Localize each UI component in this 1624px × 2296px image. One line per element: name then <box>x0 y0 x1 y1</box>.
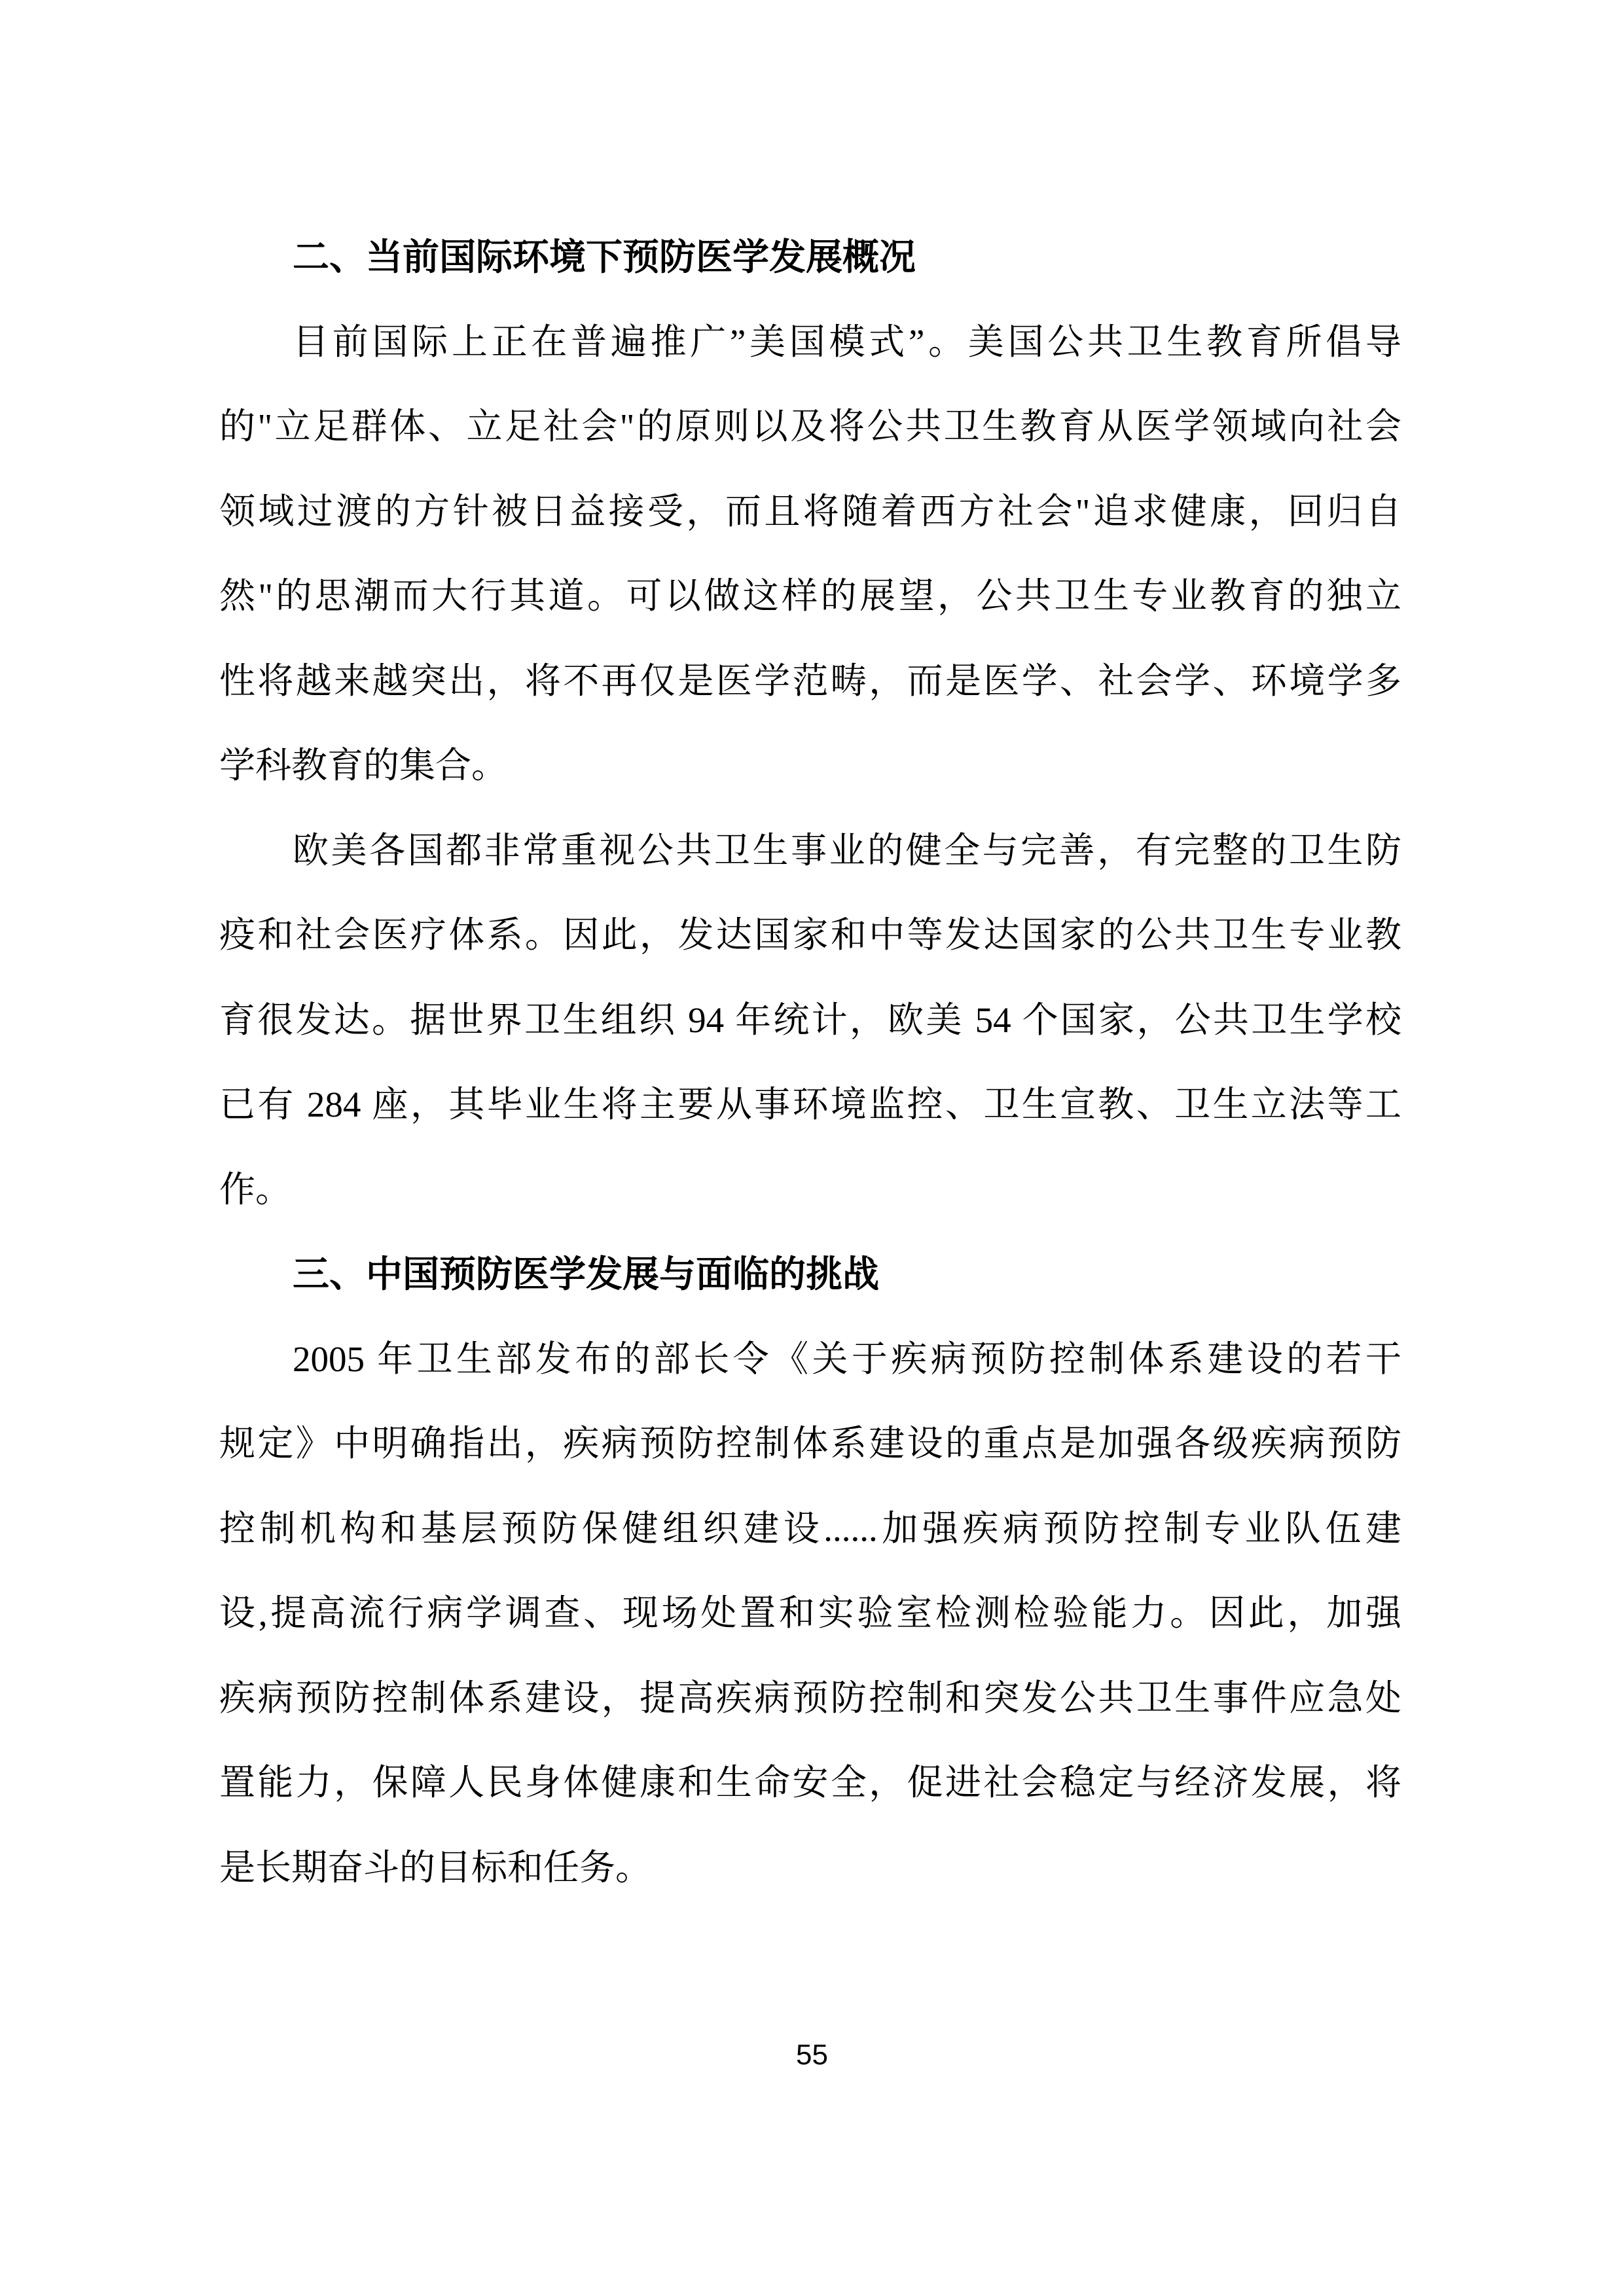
text-line: 作。 <box>219 1147 1401 1232</box>
paragraph: 2005 年卫生部发布的部长令《关于疾病预防控制体系建设的若干规定》中明确指出，… <box>219 1317 1401 1910</box>
text-line: 学科教育的集合。 <box>219 723 1401 808</box>
text-line: 欧美各国都非常重视公共卫生事业的健全与完善，有完整的卫生防 <box>219 808 1401 893</box>
text-line: 置能力，保障人民身体健康和生命安全，促进社会稳定与经济发展，将 <box>219 1740 1401 1825</box>
text-line: 2005 年卫生部发布的部长令《关于疾病预防控制体系建设的若干 <box>219 1317 1401 1402</box>
text-line: 领域过渡的方针被日益接受，而且将随着西方社会"追求健康，回归自 <box>219 469 1401 554</box>
text-line: 然"的思潮而大行其道。可以做这样的展望，公共卫生专业教育的独立 <box>219 554 1401 639</box>
document-page: 二、当前国际环境下预防医学发展概况目前国际上正在普遍推广”美国模式”。美国公共卫… <box>0 0 1624 2296</box>
text-line: 设,提高流行病学调查、现场处置和实验室检测检验能力。因此，加强 <box>219 1571 1401 1656</box>
text-line: 是长期奋斗的目标和任务。 <box>219 1825 1401 1910</box>
text-line: 疫和社会医疗体系。因此，发达国家和中等发达国家的公共卫生专业教 <box>219 893 1401 978</box>
text-line: 疾病预防控制体系建设，提高疾病预防控制和突发公共卫生事件应急处 <box>219 1656 1401 1741</box>
text-line: 控制机构和基层预防保健组织建设......加强疾病预防控制专业队伍建 <box>219 1486 1401 1571</box>
page-number: 55 <box>0 2041 1624 2070</box>
document-body: 二、当前国际环境下预防医学发展概况目前国际上正在普遍推广”美国模式”。美国公共卫… <box>219 215 1401 1910</box>
section-heading: 三、中国预防医学发展与面临的挑战 <box>219 1232 1401 1317</box>
text-line: 规定》中明确指出，疾病预防控制体系建设的重点是加强各级疾病预防 <box>219 1401 1401 1486</box>
text-line: 的"立足群体、立足社会"的原则以及将公共卫生教育从医学领域向社会 <box>219 384 1401 469</box>
text-line: 性将越来越突出，将不再仅是医学范畴，而是医学、社会学、环境学多 <box>219 639 1401 724</box>
text-line: 目前国际上正在普遍推广”美国模式”。美国公共卫生教育所倡导 <box>219 300 1401 385</box>
section-heading: 二、当前国际环境下预防医学发展概况 <box>219 215 1401 300</box>
text-line: 已有 284 座，其毕业生将主要从事环境监控、卫生宣教、卫生立法等工 <box>219 1062 1401 1147</box>
paragraph: 欧美各国都非常重视公共卫生事业的健全与完善，有完整的卫生防疫和社会医疗体系。因此… <box>219 808 1401 1232</box>
text-line: 育很发达。据世界卫生组织 94 年统计，欧美 54 个国家，公共卫生学校 <box>219 978 1401 1063</box>
paragraph: 目前国际上正在普遍推广”美国模式”。美国公共卫生教育所倡导的"立足群体、立足社会… <box>219 300 1401 808</box>
